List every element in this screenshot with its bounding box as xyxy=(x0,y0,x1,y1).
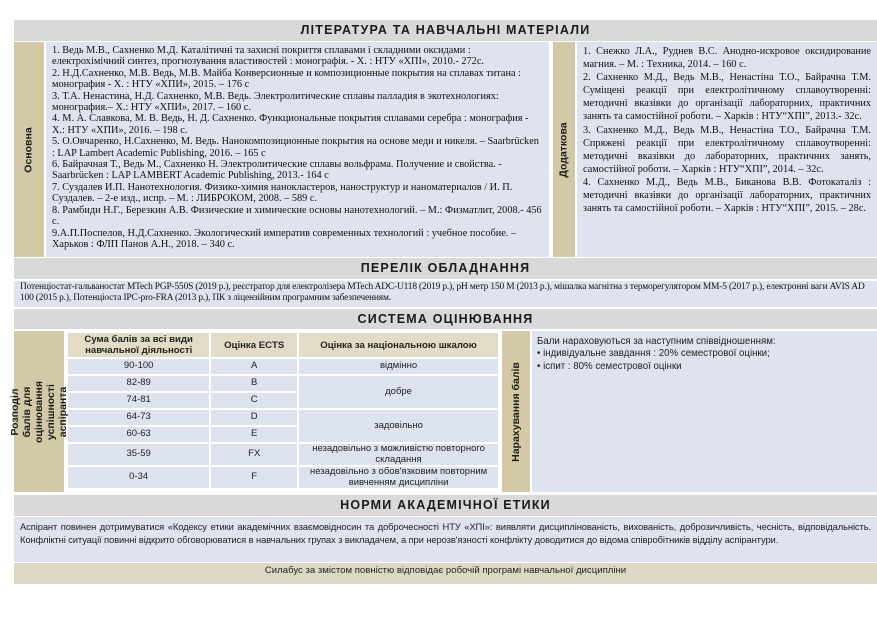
table-row: 82-89 B добре xyxy=(68,376,498,391)
points-cell: 64-73 xyxy=(68,410,209,425)
national-cell: добре xyxy=(299,376,498,408)
table-row: 64-73 D задовільно xyxy=(68,410,498,425)
accrual-description: Бали нараховуються за наступним співвідн… xyxy=(532,331,877,492)
list-item: 3. Т.А. Ненастина, Н.Д. Сахненко, М.В. В… xyxy=(52,91,543,114)
ethics-text: Аспірант повинен дотримуватися «Кодексу … xyxy=(14,517,877,562)
grading-table: Сума балів за всі види навчальної діяльн… xyxy=(66,331,500,490)
accrual-label: Нарахування балів xyxy=(502,331,530,492)
extra-literature-label: Додаткова xyxy=(553,42,575,257)
ethics-section-title: НОРМИ АКАДЕМІЧНОЇ ЕТИКИ xyxy=(14,495,877,516)
table-header-row: Сума балів за всі види навчальної діяльн… xyxy=(68,333,498,357)
points-cell: 90-100 xyxy=(68,359,209,374)
ects-cell: B xyxy=(211,376,297,391)
ects-cell: D xyxy=(211,410,297,425)
ects-cell: A xyxy=(211,359,297,374)
extra-literature-label-text: Додаткова xyxy=(558,122,570,177)
list-item: 2. Сахненко М.Д., Ведь М.В., Ненастіна Т… xyxy=(583,71,871,123)
national-cell: незадовільно з можливістю повторного скл… xyxy=(299,444,498,465)
national-cell: відмінно xyxy=(299,359,498,374)
points-cell: 35-59 xyxy=(68,444,209,465)
accrual-intro: Бали нараховуються за наступним співвідн… xyxy=(537,336,872,348)
column-header-ects: Оцінка ECTS xyxy=(211,333,297,357)
distribution-label-text: Розподіл балів для оцінювання успішності… xyxy=(9,380,69,442)
national-cell: незадовільно з обов'язковим повторним ви… xyxy=(299,467,498,488)
ects-cell: C xyxy=(211,393,297,408)
national-cell: задовільно xyxy=(299,410,498,442)
list-item: 2. Н.Д.Сахненко, М.В. Ведь, М.В. Майба К… xyxy=(52,68,543,91)
points-cell: 0-34 xyxy=(68,467,209,488)
list-item: 9.А.П.Поспелов, Н.Д.Сахненко. Экологичес… xyxy=(52,228,543,251)
table-row: 90-100 A відмінно xyxy=(68,359,498,374)
ects-cell: E xyxy=(211,427,297,442)
main-literature-label: Основна xyxy=(14,42,44,257)
list-item: 1. Снежко Л.А., Руднев В.С. Анодно-искро… xyxy=(583,45,871,71)
list-item: 5. О.Овчаренко, Н.Сахненко, М. Ведь. Нан… xyxy=(52,136,543,159)
list-item: 3. Сахненко М.Д., Ведь М.В., Ненастіна Т… xyxy=(583,124,871,176)
list-item: 4. М. А. Славкова, М. В. Ведь, Н. Д. Сах… xyxy=(52,113,543,136)
grading-section-title: СИСТЕМА ОЦІНЮВАННЯ xyxy=(14,309,877,329)
list-item: 4. Сахненко М.Д., Ведь М.В., Биканова В.… xyxy=(583,176,871,215)
accrual-label-text: Нарахування балів xyxy=(510,362,522,462)
points-cell: 74-81 xyxy=(68,393,209,408)
accrual-item: • індивідуальне завдання : 20% семестров… xyxy=(537,348,872,360)
ects-cell: FX xyxy=(211,444,297,465)
main-literature-label-text: Основна xyxy=(23,127,35,172)
points-cell: 82-89 xyxy=(68,376,209,391)
list-item: 1. Ведь М.В., Сахненко М.Д. Каталітичні … xyxy=(52,45,543,68)
equipment-list: Потенціостат-гальваностат MTech PGP-550S… xyxy=(14,281,877,307)
list-item: 7. Суздалев И.П. Нанотехнология. Физико-… xyxy=(52,182,543,205)
syllabus-compliance-note: Силабус за змістом повністю відповідає р… xyxy=(14,563,877,584)
column-header-points: Сума балів за всі види навчальної діяльн… xyxy=(68,333,209,357)
extra-literature-list: 1. Снежко Л.А., Руднев В.С. Анодно-искро… xyxy=(577,42,877,257)
table-row: 35-59 FX незадовільно з можливістю повто… xyxy=(68,444,498,465)
equipment-section-title: ПЕРЕЛІК ОБЛАДНАННЯ xyxy=(14,258,877,279)
list-item: 8. Рамбиди Н.Г., Березкин А.В. Физически… xyxy=(52,205,543,228)
accrual-item: • іспит : 80% семестрової оцінки xyxy=(537,361,872,373)
main-literature-list: 1. Ведь М.В., Сахненко М.Д. Каталітичні … xyxy=(46,42,549,257)
points-cell: 60-63 xyxy=(68,427,209,442)
literature-section-title: ЛІТЕРАТУРА ТА НАВЧАЛЬНІ МАТЕРІАЛИ xyxy=(14,20,877,41)
list-item: 6. Байрачная Т., Ведь М., Сахненко Н. Эл… xyxy=(52,159,543,182)
column-header-national: Оцінка за національною шкалою xyxy=(299,333,498,357)
table-row: 0-34 F незадовільно з обов'язковим повто… xyxy=(68,467,498,488)
ects-cell: F xyxy=(211,467,297,488)
distribution-label: Розподіл балів для оцінювання успішності… xyxy=(14,331,64,492)
